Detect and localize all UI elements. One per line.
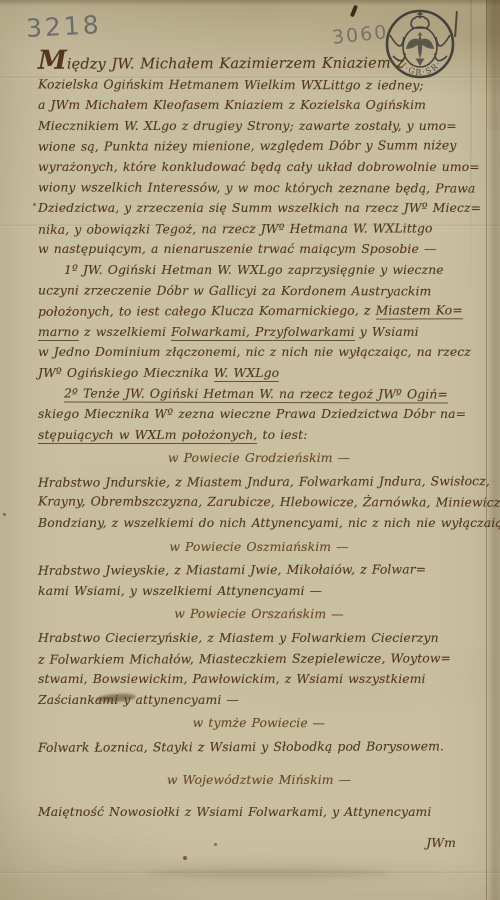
manuscript-line: w Powiecie Oszmiańskim — (38, 537, 480, 558)
manuscript-line: położonych, to iest całego Klucza Komarn… (38, 300, 480, 322)
manuscript-line: w następuiącym, a nienaruszenie trwać ma… (38, 239, 480, 260)
manuscript-line: w Powiecie Orszańskim — (38, 604, 480, 626)
manuscript-line: Dziedzictwa, y zrzeczenia się Summ wszel… (38, 198, 480, 219)
paper-smudge (150, 868, 390, 878)
page-right-edge (486, 0, 500, 900)
manuscript-line: nika, y obowiązki Tegoż, na rzecz JWº He… (38, 218, 480, 240)
manuscript-line: Między JW. Michałem Kazimierzem Kniaziem… (38, 49, 480, 75)
manuscript-line: Miecznikiem W. XLgo z drugiey Strony; za… (38, 116, 480, 137)
manuscript-line: Zaściankami y attynencyami — (38, 690, 480, 711)
manuscript-line: w Jedno Dominium złączonemi, nic z nich … (38, 342, 480, 363)
manuscript-line: wione są, Punkta niżey mienione, względe… (38, 136, 480, 158)
manuscript-line: JWm (38, 833, 480, 854)
scan-page: 3218 3060 ·I·GR·SR· Między JW. Michałem … (0, 0, 500, 900)
paper-speck (183, 856, 187, 860)
manuscript-line: JWº Ogińskiego Miecznika W. WXLgo (38, 363, 480, 384)
archival-number-top-left: 3218 (25, 10, 102, 43)
manuscript-line: wiony wszelkich Interessów, y w moc któr… (38, 177, 480, 199)
manuscript-line: Hrabstwo Jwieyskie, z Miastami Jwie, Mik… (38, 559, 480, 581)
manuscript-line: z Folwarkiem Michałów, Miasteczkiem Szep… (38, 648, 480, 670)
manuscript-line: Kozielska Ogińskim Hetmanem Wielkim WXLi… (38, 74, 480, 96)
manuscript-line: stwami, Bowsiewickim, Pawłowickim, z Wsi… (38, 669, 480, 690)
manuscript-line: kami Wsiami, y wszelkiemi Attynencyami — (38, 581, 480, 602)
manuscript-line: Krayny, Obrembszczyzna, Zarubicze, Hlebo… (38, 492, 480, 514)
paper-speck (3, 513, 6, 516)
manuscript-line: Hrabstwo Ciecierzyńskie, z Miastem y Fol… (38, 628, 480, 649)
manuscript-line: wyrażonych, które konkludować będą cały … (38, 157, 480, 178)
manuscript-line: Maiętność Nowosiołki z Wsiami Folwarkami… (38, 802, 480, 823)
manuscript-line: Hrabstwo Jndurskie, z Miastem Jndura, Fo… (38, 471, 480, 493)
ink-mark (350, 5, 358, 18)
manuscript-text: Między JW. Michałem Kazimierzem Kniaziem… (38, 50, 480, 853)
manuscript-line: Folwark Łoznica, Stayki z Wsiami y Słobo… (38, 736, 480, 758)
manuscript-line: skiego Miecznika Wº zezna wieczne Prawa … (38, 404, 480, 425)
seal-crown-icon (411, 12, 429, 29)
manuscript-line: 1º JW. Ogiński Hetman W. WXLgo zaprzysię… (38, 260, 480, 281)
manuscript-line: 2º Tenże JW. Ogiński Hetman W. na rzecz … (38, 383, 480, 405)
manuscript-line: marno z wszelkiemi Folwarkami, Przyfolwa… (38, 322, 480, 343)
paper-speck (33, 203, 36, 206)
manuscript-line: w Powiecie Grodzieńskim — (38, 448, 480, 469)
page-corner-shadow (486, 0, 500, 130)
manuscript-line: w Województwie Mińskim — (38, 770, 480, 791)
manuscript-line: Bondziany, z wszelkiemi do nich Attynenc… (38, 513, 480, 534)
manuscript-line: w tymże Powiecie — (38, 713, 480, 735)
manuscript-line: stępuiących w WXLm położonych, to iest: (38, 425, 480, 446)
manuscript-line: a JWm Michałem Kleofasem Kniaziem z Kozi… (38, 95, 480, 116)
manuscript-line: uczyni zrzeczenie Dóbr w Gallicyi za Kor… (38, 280, 480, 302)
